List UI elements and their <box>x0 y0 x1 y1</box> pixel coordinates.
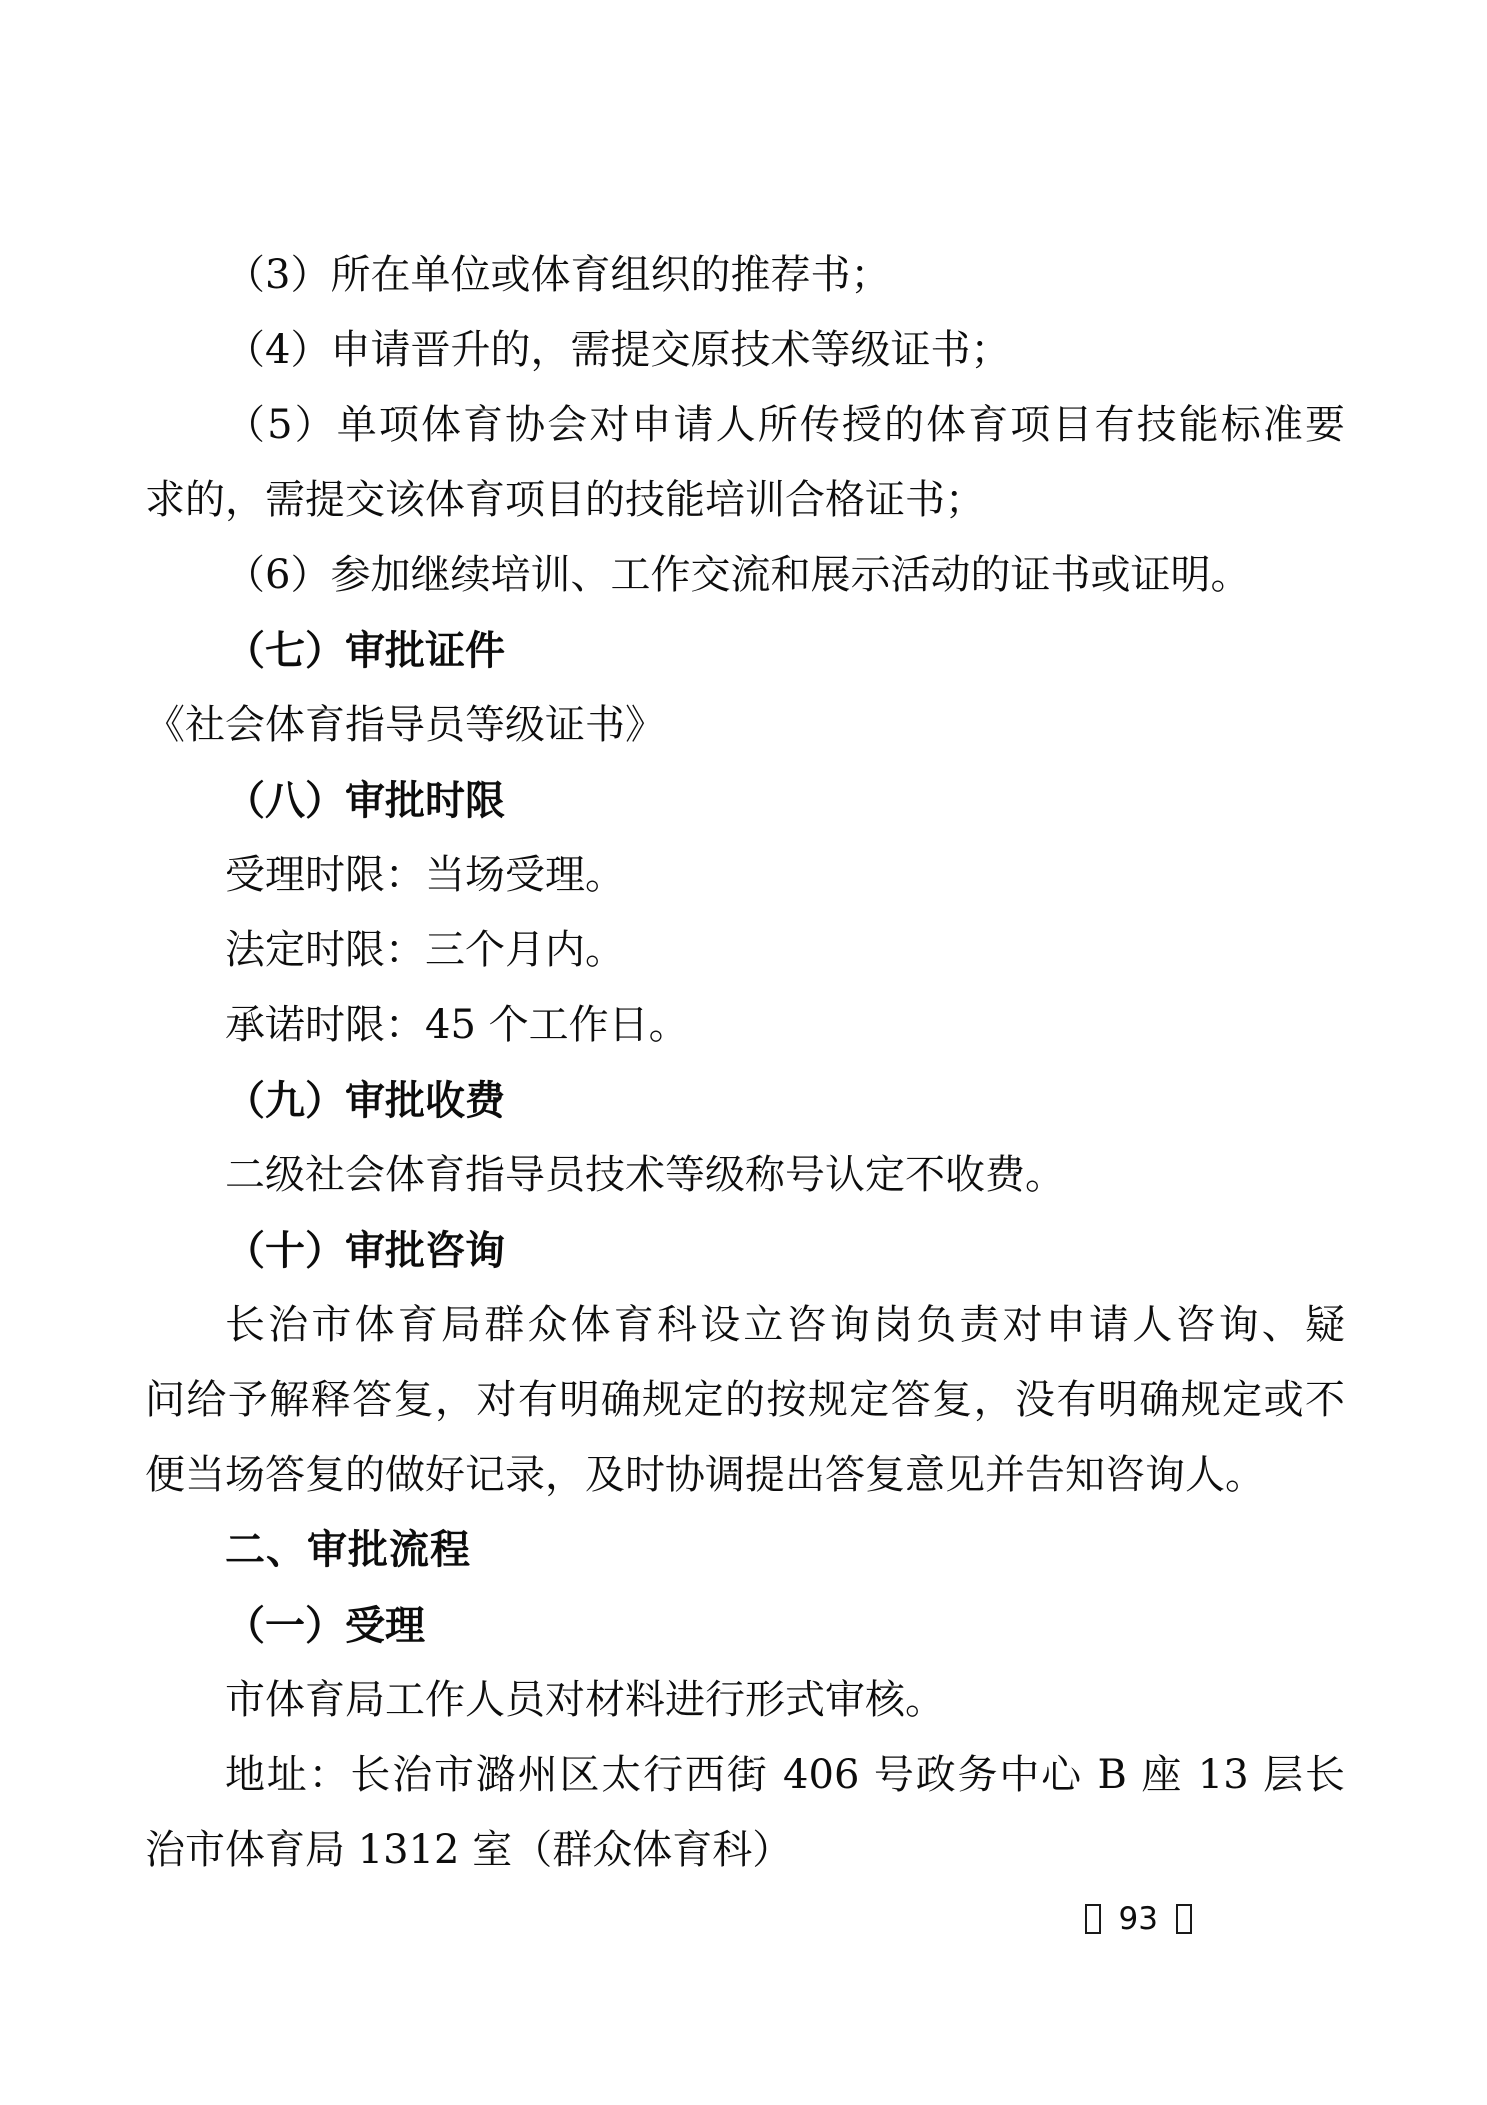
promised-time-limit: 承诺时限：45 个工作日。 <box>145 988 1345 1063</box>
document-page: （3）所在单位或体育组织的推荐书； （4）申请晋升的，需提交原技术等级证书； （… <box>0 0 1487 2105</box>
consultation-paragraph-line-3: 便当场答复的做好记录，及时协调提出答复意见并告知咨询人。 <box>145 1438 1345 1513</box>
heading-8-approval-time-limit: （八）审批时限 <box>145 763 1345 838</box>
acceptance-time-limit: 受理时限：当场受理。 <box>145 838 1345 913</box>
heading-7-approval-certificate: （七）审批证件 <box>145 613 1345 688</box>
address-line-2: 治市体育局 1312 室（群众体育科） <box>145 1813 1345 1888</box>
item-5-skill-standard-line-1: （5）单项体育协会对申请人所传授的体育项目有技能标准要 <box>145 388 1345 463</box>
certificate-name: 《社会体育指导员等级证书》 <box>145 688 1345 763</box>
acceptance-description: 市体育局工作人员对材料进行形式审核。 <box>145 1663 1345 1738</box>
item-6-training-certificates: （6）参加继续培训、工作交流和展示活动的证书或证明。 <box>145 538 1345 613</box>
address-line-1: 地址：长治市潞州区太行西街 406 号政务中心 B 座 13 层长 <box>145 1738 1345 1813</box>
fee-statement: 二级社会体育指导员技术等级称号认定不收费。 <box>145 1138 1345 1213</box>
section-2-approval-process-heading: 二、审批流程 <box>145 1513 1345 1588</box>
document-body: （3）所在单位或体育组织的推荐书； （4）申请晋升的，需提交原技术等级证书； （… <box>0 0 1487 1888</box>
item-4-original-grade-certificate: （4）申请晋升的，需提交原技术等级证书； <box>145 313 1345 388</box>
heading-1-acceptance: （一）受理 <box>145 1588 1345 1663</box>
item-3-recommendation-letter: （3）所在单位或体育组织的推荐书； <box>145 238 1345 313</box>
consultation-paragraph-line-2: 问给予解释答复，对有明确规定的按规定答复，没有明确规定或不 <box>145 1363 1345 1438</box>
item-5-skill-standard-line-2: 求的，需提交该体育项目的技能培训合格证书； <box>145 463 1345 538</box>
missing-glyph-box-left <box>1085 1904 1101 1934</box>
heading-9-approval-fee: （九）审批收费 <box>145 1063 1345 1138</box>
consultation-paragraph-line-1: 长治市体育局群众体育科设立咨询岗负责对申请人咨询、疑 <box>145 1288 1345 1363</box>
statutory-time-limit: 法定时限：三个月内。 <box>145 913 1345 988</box>
page-footer: 93 <box>0 1902 1487 1936</box>
heading-10-approval-consultation: （十）审批咨询 <box>145 1213 1345 1288</box>
missing-glyph-box-right <box>1176 1904 1192 1934</box>
page-number: 93 <box>1119 1902 1158 1936</box>
